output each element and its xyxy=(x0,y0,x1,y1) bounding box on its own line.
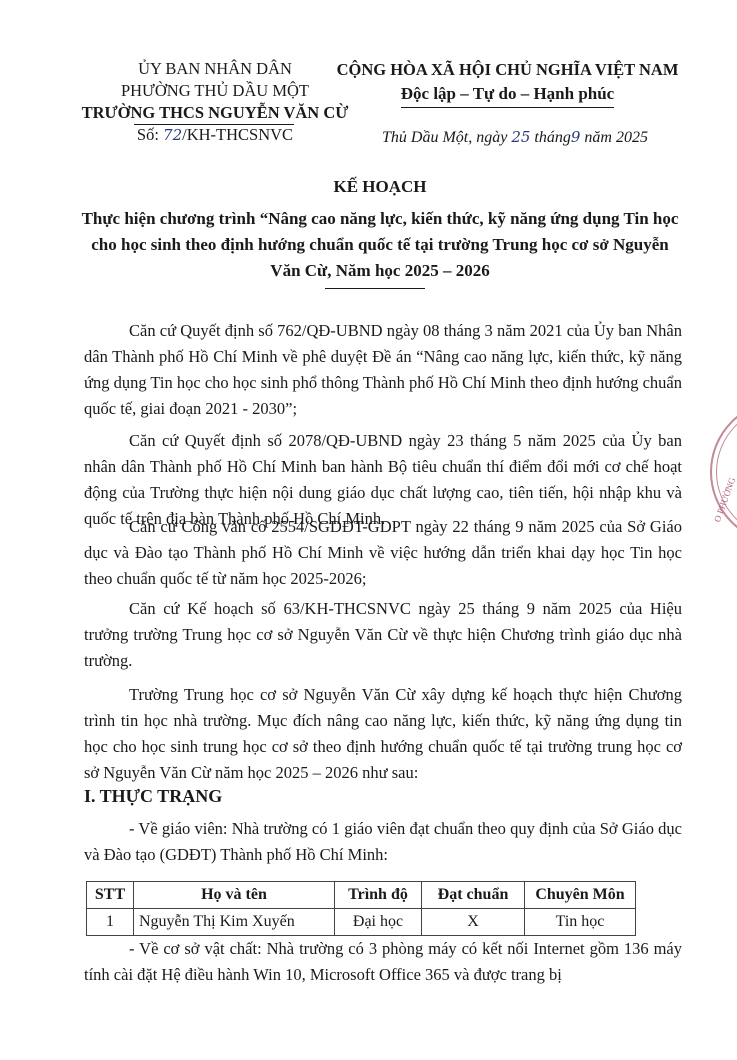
national-title: CỘNG HÒA XÃ HỘI CHỦ NGHĨA VIỆT NAM xyxy=(330,58,685,82)
date-year: năm 2025 xyxy=(580,129,648,146)
national-motto: Độc lập – Tự do – Hạnh phúc xyxy=(401,82,614,108)
column-header-stt: STT xyxy=(87,882,134,909)
column-header-name: Họ và tên xyxy=(134,882,335,909)
cell-name: Nguyễn Thị Kim Xuyến xyxy=(134,909,335,936)
column-header-specialty: Chuyên Môn xyxy=(525,882,636,909)
legal-basis-paragraph-3: Căn cứ Công văn cố 2554/SGDĐT-GDPT ngày … xyxy=(84,514,682,592)
section-heading: I. THỰC TRẠNG xyxy=(84,786,222,807)
facilities-paragraph: - Về cơ sở vật chất: Nhà trường có 3 phò… xyxy=(84,936,682,988)
table-header-row: STT Họ và tên Trình độ Đạt chuẩn Chuyên … xyxy=(87,882,636,909)
document-subtitle: Thực hiện chương trình “Nâng cao năng lự… xyxy=(80,206,680,284)
document-number: Số: 72/KH-THCSNVC xyxy=(70,124,360,146)
title-divider xyxy=(325,288,425,289)
cell-specialty: Tin học xyxy=(525,909,636,936)
date-day-handwritten: 25 xyxy=(511,128,530,146)
document-number-suffix: /KH-THCSNVC xyxy=(182,125,293,144)
document-title: KẾ HOẠCH xyxy=(60,177,700,197)
document-date: Thủ Dầu Một, ngày 25 tháng9 năm 2025 xyxy=(355,128,675,147)
cell-level: Đại học xyxy=(335,909,422,936)
cell-qualified: X xyxy=(422,909,525,936)
column-header-qualified: Đạt chuẩn xyxy=(422,882,525,909)
document-number-handwritten: 72 xyxy=(163,126,182,144)
authority-line-2: PHƯỜNG THỦ DẦU MỘT xyxy=(70,80,360,102)
column-header-level: Trình độ xyxy=(335,882,422,909)
legal-basis-paragraph-4: Căn cứ Kế hoạch số 63/KH-THCSNVC ngày 25… xyxy=(84,596,682,674)
document-number-prefix: Số: xyxy=(137,125,163,144)
school-name-underline xyxy=(134,124,294,125)
purpose-paragraph: Trường Trung học cơ sở Nguyễn Văn Cừ xây… xyxy=(84,682,682,786)
teacher-intro: - Về giáo viên: Nhà trường có 1 giáo viê… xyxy=(84,816,682,868)
date-prefix: Thủ Dầu Một, ngày xyxy=(382,129,511,146)
legal-basis-paragraph-1: Căn cứ Quyết định số 762/QĐ-UBND ngày 08… xyxy=(84,318,682,422)
official-seal-icon xyxy=(710,400,737,544)
issuing-authority-block: ỦY BAN NHÂN DÂN PHƯỜNG THỦ DẦU MỘT TRƯỜN… xyxy=(70,58,360,146)
teacher-table: STT Họ và tên Trình độ Đạt chuẩn Chuyên … xyxy=(86,881,636,936)
authority-line-1: ỦY BAN NHÂN DÂN xyxy=(70,58,360,80)
national-header-block: CỘNG HÒA XÃ HỘI CHỦ NGHĨA VIỆT NAM Độc l… xyxy=(330,58,685,108)
cell-stt: 1 xyxy=(87,909,134,936)
date-month-label: tháng xyxy=(530,129,570,146)
table-row: 1 Nguyễn Thị Kim Xuyến Đại học X Tin học xyxy=(87,909,636,936)
date-month-handwritten: 9 xyxy=(571,128,581,146)
school-name: TRƯỜNG THCS NGUYỄN VĂN CỪ xyxy=(70,102,360,124)
